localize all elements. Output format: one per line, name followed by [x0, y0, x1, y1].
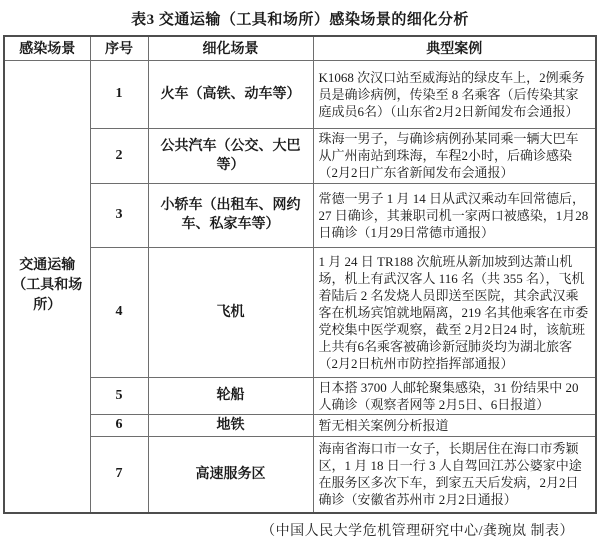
document-page: 表3 交通运输（工具和场所）感染场景的细化分析 感染场景 序号 细化场景 典型案…	[0, 0, 600, 557]
case-cell: 日本搭 3700 人邮轮聚集感染，31 份结果中 20 人确诊（观察者网等 2月…	[313, 377, 596, 414]
table-row: 交通运输（工具和场所） 1 火车（高铁、动车等） K1068 次汉口站至威海站的…	[4, 60, 596, 128]
credit-line: （中国人民大学危机管理研究中心/龚琬岚 制表）	[0, 514, 600, 540]
case-cell: K1068 次汉口站至威海站的绿皮车上，2例乘务员是确诊病例，传染至 8 名乘客…	[313, 60, 596, 128]
case-cell: 1 月 24 日 TR188 次航班从新加坡到达萧山机场，机上有武汉客人 116…	[313, 247, 596, 377]
column-header-typical-case: 典型案例	[313, 36, 596, 60]
case-cell: 珠海一男子，与确诊病例孙某同乘一辆大巴车从广州南站到珠海，车程2小时，后确诊感染…	[313, 128, 596, 183]
row-number-cell: 4	[90, 247, 148, 377]
row-number-cell: 6	[90, 414, 148, 436]
table-row: 4 飞机 1 月 24 日 TR188 次航班从新加坡到达萧山机场，机上有武汉客…	[4, 247, 596, 377]
row-number-cell: 1	[90, 60, 148, 128]
scenario-group-cell: 交通运输（工具和场所）	[4, 60, 90, 513]
table-row: 3 小轿车（出租车、网约车、私家车等） 常德一男子 1 月 14 日从武汉乘动车…	[4, 183, 596, 247]
scene-cell: 轮船	[148, 377, 313, 414]
row-number-cell: 5	[90, 377, 148, 414]
row-number-cell: 2	[90, 128, 148, 183]
scene-cell: 地铁	[148, 414, 313, 436]
row-number-cell: 3	[90, 183, 148, 247]
table-row: 5 轮船 日本搭 3700 人邮轮聚集感染，31 份结果中 20 人确诊（观察者…	[4, 377, 596, 414]
header-row: 感染场景 序号 细化场景 典型案例	[4, 36, 596, 60]
case-cell: 暂无相关案例分析报道	[313, 414, 596, 436]
scene-cell: 飞机	[148, 247, 313, 377]
row-number-cell: 7	[90, 436, 148, 513]
table-row: 2 公共汽车（公交、大巴等） 珠海一男子，与确诊病例孙某同乘一辆大巴车从广州南站…	[4, 128, 596, 183]
infection-scenario-table: 感染场景 序号 细化场景 典型案例 交通运输（工具和场所） 1 火车（高铁、动车…	[3, 35, 597, 514]
case-cell: 海南省海口市一女子，长期居住在海口市秀颖区，1 月 18 日一行 3 人自驾回江…	[313, 436, 596, 513]
case-cell: 常德一男子 1 月 14 日从武汉乘动车回常德后，27 日确诊，其兼职司机一家两…	[313, 183, 596, 247]
column-header-detailed-scene: 细化场景	[148, 36, 313, 60]
table-row: 6 地铁 暂无相关案例分析报道	[4, 414, 596, 436]
scene-cell: 小轿车（出租车、网约车、私家车等）	[148, 183, 313, 247]
table-caption: 表3 交通运输（工具和场所）感染场景的细化分析	[0, 0, 600, 35]
column-header-serial-number: 序号	[90, 36, 148, 60]
table-row: 7 高速服务区 海南省海口市一女子，长期居住在海口市秀颖区，1 月 18 日一行…	[4, 436, 596, 513]
scene-cell: 高速服务区	[148, 436, 313, 513]
column-header-infection-scenario: 感染场景	[4, 36, 90, 60]
scene-cell: 公共汽车（公交、大巴等）	[148, 128, 313, 183]
scene-cell: 火车（高铁、动车等）	[148, 60, 313, 128]
